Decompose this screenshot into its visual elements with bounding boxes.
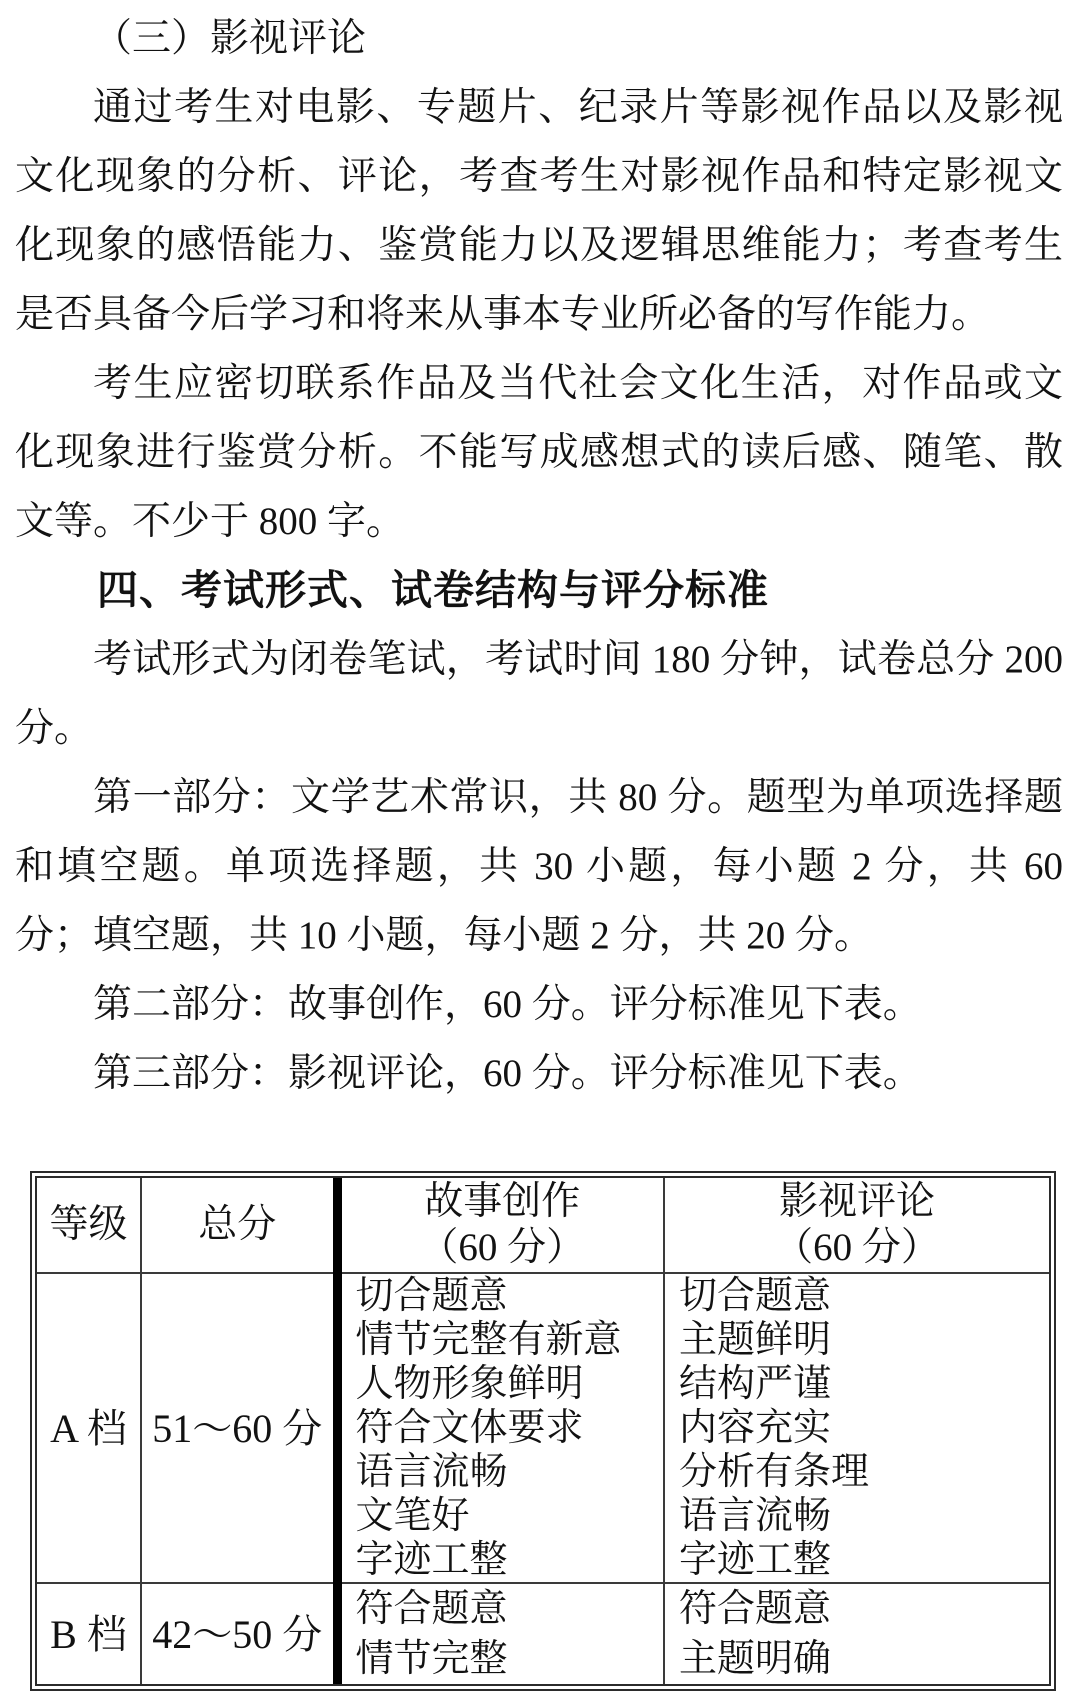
section3-heading: （三）影视评论 bbox=[15, 4, 1063, 73]
section3-paragraph-2: 考生应密切联系作品及当代社会文化生活，对作品或文化现象进行鉴赏分析。不能写成感想… bbox=[15, 349, 1063, 556]
section4-paragraph-2: 第一部分：文学艺术常识，共 80 分。题型为单项选择题和填空题。单项选择题，共 … bbox=[15, 763, 1063, 970]
section4-paragraph-3: 第二部分：故事创作，60 分。评分标准见下表。 bbox=[15, 970, 1063, 1039]
grade-a-story-criteria: 切合题意 情节完整有新意 人物形象鲜明 符合文体要求 语言流畅 文笔好 字迹工整 bbox=[337, 1273, 664, 1583]
document-body: （三）影视评论 通过考生对电影、专题片、纪录片等影视作品以及影视文化现象的分析、… bbox=[0, 0, 1080, 1691]
scoring-table-header-row: 等级 总分 故事创作 （60 分） 影视评论 （60 分） bbox=[37, 1178, 1049, 1273]
section3-paragraph-1: 通过考生对电影、专题片、纪录片等影视作品以及影视文化现象的分析、评论，考查考生对… bbox=[15, 73, 1063, 349]
grade-b-review-criteria: 符合题意 主题明确 bbox=[664, 1583, 1049, 1684]
grade-a-label: A 档 bbox=[37, 1273, 141, 1583]
header-cell-film-review: 影视评论 （60 分） bbox=[664, 1178, 1049, 1273]
section4-paragraph-1: 考试形式为闭卷笔试，考试时间 180 分钟，试卷总分 200 分。 bbox=[15, 625, 1063, 763]
grade-b-story-criteria: 符合题意 情节完整 bbox=[337, 1583, 664, 1684]
grade-b-label: B 档 bbox=[37, 1583, 141, 1684]
header-cell-grade: 等级 bbox=[37, 1178, 141, 1273]
table-row-grade-b: B 档 42～50 分 符合题意 情节完整 符合题意 主题明确 bbox=[37, 1583, 1049, 1684]
grade-b-score-range: 42～50 分 bbox=[141, 1583, 337, 1684]
scoring-table: 等级 总分 故事创作 （60 分） 影视评论 （60 分） A 档 51～60 … bbox=[37, 1178, 1049, 1684]
header-cell-story-creation: 故事创作 （60 分） bbox=[337, 1178, 664, 1273]
scoring-table-frame: 等级 总分 故事创作 （60 分） 影视评论 （60 分） A 档 51～60 … bbox=[30, 1171, 1056, 1691]
document-page: （三）影视评论 通过考生对电影、专题片、纪录片等影视作品以及影视文化现象的分析、… bbox=[0, 0, 1080, 1698]
grade-a-score-range: 51～60 分 bbox=[141, 1273, 337, 1583]
header-cell-total: 总分 bbox=[141, 1178, 337, 1273]
section4-heading: 四、考试形式、试卷结构与评分标准 bbox=[15, 556, 1063, 625]
section4-paragraph-4: 第三部分：影视评论，60 分。评分标准见下表。 bbox=[15, 1039, 1063, 1108]
table-row-grade-a: A 档 51～60 分 切合题意 情节完整有新意 人物形象鲜明 符合文体要求 语… bbox=[37, 1273, 1049, 1583]
grade-a-review-criteria: 切合题意 主题鲜明 结构严谨 内容充实 分析有条理 语言流畅 字迹工整 bbox=[664, 1273, 1049, 1583]
